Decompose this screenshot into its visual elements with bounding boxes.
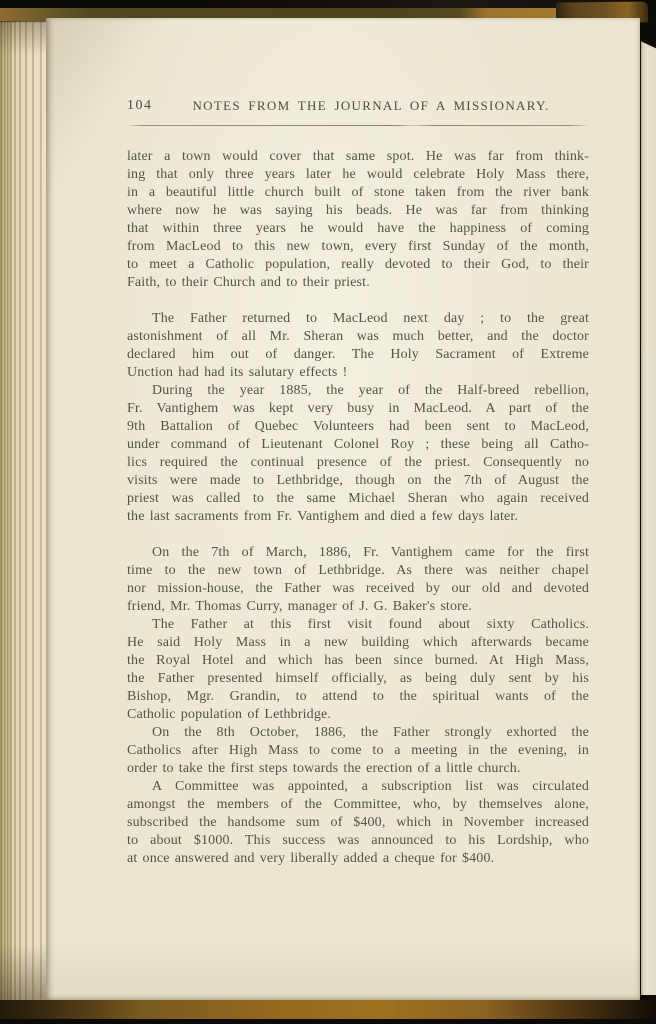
paragraph: later a town would cover that same spot.…: [127, 148, 589, 292]
text-line: subscribed the handsome sum of $400, whi…: [127, 814, 589, 832]
text-line: the Royal Hotel and which has been since…: [127, 652, 589, 670]
text-line: The Father at this first visit found abo…: [127, 616, 589, 634]
text-line: declared him out of danger. The Holy Sac…: [127, 346, 589, 364]
running-title: NOTES FROM THE JOURNAL OF A MISSIONARY.: [127, 98, 589, 114]
text-line: nor mission-house, the Father was receiv…: [127, 580, 589, 598]
book-page: 104 NOTES FROM THE JOURNAL OF A MISSIONA…: [46, 18, 640, 1000]
text-line: priest was called to the same Michael Sh…: [127, 490, 589, 508]
paragraph: On the 7th of March, 1886, Fr. Vantighem…: [127, 544, 589, 616]
text-line: On the 8th October, 1886, the Father str…: [127, 724, 589, 742]
text-line: order to take the first steps towards th…: [127, 760, 589, 778]
text-block: later a town would cover that same spot.…: [127, 148, 589, 868]
text-line: lics required the continual presence of …: [127, 454, 589, 472]
text-line: time to the new town of Lethbridge. As t…: [127, 562, 589, 580]
text-line: in a beautiful little church built of st…: [127, 184, 589, 202]
text-line: On the 7th of March, 1886, Fr. Vantighem…: [127, 544, 589, 562]
paragraph: The Father at this first visit found abo…: [127, 616, 589, 724]
text-line: He said Holy Mass in a new building whic…: [127, 634, 589, 652]
text-line: to meet a Catholic population, really de…: [127, 256, 589, 274]
text-line: that within three years he would have th…: [127, 220, 589, 238]
text-line: visits were made to Lethbridge, though o…: [127, 472, 589, 490]
text-line: A Committee was appointed, a subscriptio…: [127, 778, 589, 796]
page-number: 104: [127, 98, 153, 114]
text-line: During the year 1885, the year of the Ha…: [127, 382, 589, 400]
text-line: 9th Battalion of Quebec Volunteers had b…: [127, 418, 589, 436]
text-line: at once answered and very liberally adde…: [127, 850, 589, 868]
text-line: Catholics after High Mass to come to a m…: [127, 742, 589, 760]
book-cover-bottom-edge: [0, 1000, 656, 1019]
text-line: Unction had had its salutary effects !: [127, 364, 589, 382]
text-line: amongst the members of the Committee, wh…: [127, 796, 589, 814]
text-line: under command of Lieutenant Colonel Roy …: [127, 436, 589, 454]
page-content: 104 NOTES FROM THE JOURNAL OF A MISSIONA…: [127, 98, 589, 868]
text-line: from MacLeod to this new town, every fir…: [127, 238, 589, 256]
scanned-book-photo: 104 NOTES FROM THE JOURNAL OF A MISSIONA…: [0, 0, 656, 1024]
paragraph: During the year 1885, the year of the Ha…: [127, 382, 589, 526]
text-line: Catholic population of Lethbridge.: [127, 706, 589, 724]
page-header: 104 NOTES FROM THE JOURNAL OF A MISSIONA…: [127, 98, 589, 115]
text-line: the Father presented himself officially,…: [127, 670, 589, 688]
facing-page-edge: [641, 30, 656, 995]
text-line: later a town would cover that same spot.…: [127, 148, 589, 166]
text-line: astonishment of all Mr. Sheran was much …: [127, 328, 589, 346]
text-line: The Father returned to MacLeod next day …: [127, 310, 589, 328]
text-line: friend, Mr. Thomas Curry, manager of J. …: [127, 598, 589, 616]
paragraph: The Father returned to MacLeod next day …: [127, 310, 589, 382]
header-rule: [127, 125, 589, 126]
text-line: the last sacraments from Fr. Vantighem a…: [127, 508, 589, 526]
text-line: ing that only three years later he would…: [127, 166, 589, 184]
paragraph: A Committee was appointed, a subscriptio…: [127, 778, 589, 868]
text-line: Bishop, Mgr. Grandin, to attend to the s…: [127, 688, 589, 706]
text-line: to about $1000. This success was announc…: [127, 832, 589, 850]
text-line: Faith, to their Church and to their prie…: [127, 274, 589, 292]
text-line: Fr. Vantighem was kept very busy in MacL…: [127, 400, 589, 418]
text-line: where now he was saying his beads. He wa…: [127, 202, 589, 220]
page-stack-edges: [0, 16, 46, 1004]
paragraph: On the 8th October, 1886, the Father str…: [127, 724, 589, 778]
